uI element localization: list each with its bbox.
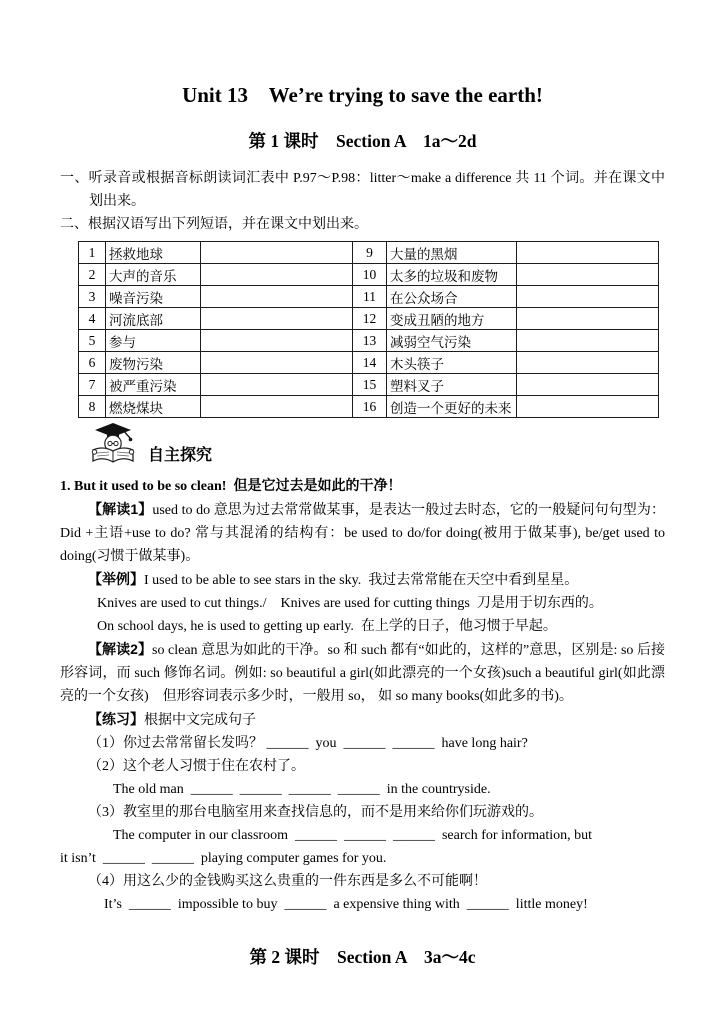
phrase-number-cell: 9 [353,242,387,264]
phrase-cn-cell: 废物污染 [106,352,201,374]
explore-section-header: 自主探究 [90,425,665,469]
question-1: （1）你过去常常留长发吗？ ______ you ______ ______ h… [60,732,665,755]
phrase-table: 1 拯救地球 9 大量的黑烟 2 大声的音乐 10 太多的垃圾和废物 3 噪音污… [78,241,659,418]
table-row: 5 参与 13 减弱空气污染 [79,330,659,352]
answer-blank-cell [517,264,659,286]
lesson1-heading: 第 1 课时 Section A 1a～2d [60,130,665,152]
answer-blank-cell [201,396,353,418]
lianxi-label: 【练习】 [88,711,144,727]
phrase-number-cell: 5 [79,330,106,352]
question-2: （2）这个老人习惯于住在农村了。 [60,755,665,778]
question-3-answer-line-2: it isn’t ______ ______ playing computer … [60,847,665,870]
jiedu2-paragraph: 【解读2】so clean 意思为如此的干净。so 和 such 都有“如此的，… [60,638,665,708]
phrase-number-cell: 4 [79,308,106,330]
answer-blank-cell [201,374,353,396]
answer-blank-cell [517,308,659,330]
scholar-reading-book-icon [90,422,136,469]
task-2-label: 二、 [60,217,88,232]
phrase-number-cell: 16 [353,396,387,418]
answer-blank-cell [201,330,353,352]
table-row: 3 噪音污染 11 在公众场合 [79,286,659,308]
phrase-cn-cell: 参与 [106,330,201,352]
task-2-text: 根据汉语写出下列短语，并在课文中划出来。 [88,217,368,232]
task-1-label: 一、 [60,171,89,186]
answer-blank-cell [201,242,353,264]
phrase-number-cell: 3 [79,286,106,308]
lesson2-heading: 第 2 课时 Section A 3a～4c [60,946,665,968]
jiedu2-label: 【解读2】 [88,641,152,657]
answer-blank-cell [201,264,353,286]
worksheet-page: Unit 13 We’re trying to save the earth! … [0,0,725,968]
jiedu1-paragraph: 【解读1】used to do 意思为过去常常做某事，是表达一般过去时态，它的一… [60,498,665,568]
phrase-cn-cell: 大声的音乐 [106,264,201,286]
explore-section-label: 自主探究 [148,442,212,469]
phrase-number-cell: 1 [79,242,106,264]
phrase-cn-cell: 塑料叉子 [387,374,517,396]
task-2: 二、根据汉语写出下列短语，并在课文中划出来。 [60,213,665,236]
table-row: 2 大声的音乐 10 太多的垃圾和废物 [79,264,659,286]
question-4-answer-line: It’s ______ impossible to buy ______ a e… [60,893,665,916]
juli-line-2: Knives are used to cut things./ Knives a… [60,592,665,615]
question-3: （3）教室里的那台电脑室用来查找信息的，而不是用来给你们玩游戏的。 [60,801,665,824]
answer-blank-cell [517,352,659,374]
table-row: 1 拯救地球 9 大量的黑烟 [79,242,659,264]
phrase-cn-cell: 燃烧煤块 [106,396,201,418]
answer-blank-cell [517,330,659,352]
phrase-cn-cell: 被严重污染 [106,374,201,396]
table-row: 7 被严重污染 15 塑料叉子 [79,374,659,396]
juli-line-3: On school days, he is used to getting up… [60,615,665,638]
answer-blank-cell [517,242,659,264]
phrase-number-cell: 15 [353,374,387,396]
answer-blank-cell [201,308,353,330]
key-sentence-1: 1. But it used to be so clean! 但是它过去是如此的… [60,475,665,498]
juli-line-1-text: I used to be able to see stars in the sk… [144,573,578,588]
phrase-cn-cell: 拯救地球 [106,242,201,264]
phrase-cn-cell: 木头筷子 [387,352,517,374]
lianxi-text: 根据中文完成句子 [144,713,256,728]
jiedu1-label: 【解读1】 [88,501,152,517]
question-4: （4）用这么少的金钱购买这么贵重的一件东西是多么不可能啊！ [60,870,665,893]
answer-blank-cell [201,352,353,374]
phrase-number-cell: 11 [353,286,387,308]
phrase-number-cell: 6 [79,352,106,374]
table-row: 4 河流底部 12 变成丑陋的地方 [79,308,659,330]
answer-blank-cell [201,286,353,308]
phrase-number-cell: 8 [79,396,106,418]
unit-title: Unit 13 We’re trying to save the earth! [60,82,665,108]
answer-blank-cell [517,374,659,396]
phrase-number-cell: 10 [353,264,387,286]
task-1-text: 听录音或根据音标朗读词汇表中 P.97～P.98：litter～make a d… [89,171,665,209]
lianxi-heading: 【练习】根据中文完成句子 [60,708,665,732]
phrase-cn-cell: 河流底部 [106,308,201,330]
phrase-cn-cell: 变成丑陋的地方 [387,308,517,330]
phrase-cn-cell: 大量的黑烟 [387,242,517,264]
answer-blank-cell [517,286,659,308]
question-3-answer-line-1: The computer in our classroom ______ ___… [60,824,665,847]
phrase-number-cell: 14 [353,352,387,374]
phrase-cn-cell: 在公众场合 [387,286,517,308]
phrase-number-cell: 13 [353,330,387,352]
juli-label: 【举例】 [88,571,144,587]
phrase-cn-cell: 创造一个更好的未来 [387,396,517,418]
juli-line-1: 【举例】I used to be able to see stars in th… [60,568,665,592]
phrase-number-cell: 2 [79,264,106,286]
table-row: 8 燃烧煤块 16 创造一个更好的未来 [79,396,659,418]
phrase-number-cell: 12 [353,308,387,330]
task-1: 一、听录音或根据音标朗读词汇表中 P.97～P.98：litter～make a… [60,167,665,213]
phrase-number-cell: 7 [79,374,106,396]
phrase-cn-cell: 减弱空气污染 [387,330,517,352]
answer-blank-cell [517,396,659,418]
phrase-cn-cell: 噪音污染 [106,286,201,308]
question-2-answer-line: The old man ______ ______ ______ ______ … [60,778,665,801]
table-row: 6 废物污染 14 木头筷子 [79,352,659,374]
phrase-cn-cell: 太多的垃圾和废物 [387,264,517,286]
